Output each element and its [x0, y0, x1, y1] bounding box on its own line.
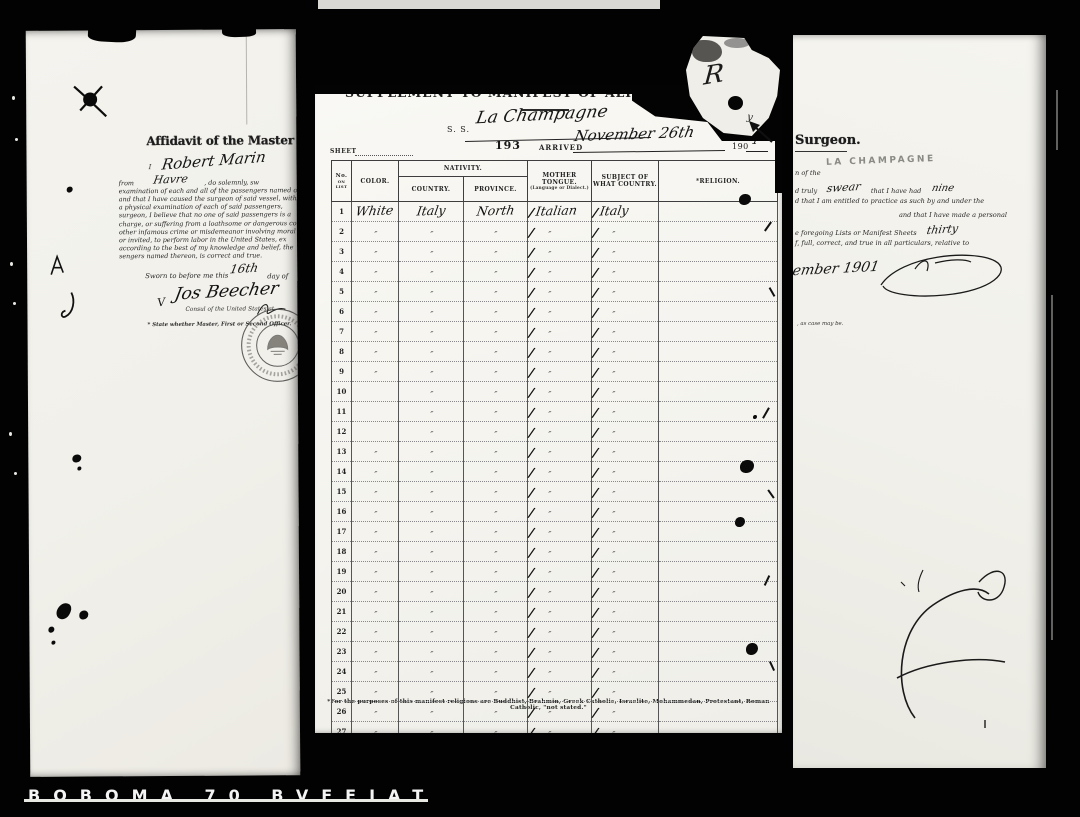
cell-value: ″: [547, 330, 552, 339]
cell-value: ″: [547, 490, 552, 499]
province-cell: ″: [464, 362, 528, 382]
cell-value: ″: [429, 590, 434, 599]
cell-value: ″: [373, 670, 378, 679]
subject-cell: /″: [592, 642, 659, 662]
manifest-table: No.ON LIST COLOR. NATIVITY. MOTHER TONGU…: [331, 160, 778, 733]
table-row: 25″″″/″/″: [332, 682, 778, 702]
cell-value: ″: [429, 290, 434, 299]
country-cell: ″: [399, 462, 464, 482]
cell-value: ″: [611, 730, 616, 733]
country-cell: ″: [399, 382, 464, 402]
cell-value: ″: [373, 270, 378, 279]
check-slash-mark: /: [528, 666, 535, 682]
table-row: 26″″″/″/″: [332, 702, 778, 722]
film-speck: [14, 472, 17, 475]
color-cell: ″: [352, 662, 399, 682]
check-slash-mark: /: [528, 646, 535, 662]
religion-cell: [659, 422, 778, 442]
cell-value: ″: [493, 610, 498, 619]
cell-value: ″: [493, 710, 498, 719]
cell-value: ″: [493, 430, 498, 439]
cell-value: ″: [547, 610, 552, 619]
table-row: 17″″″/″/″: [332, 522, 778, 542]
cell-value: ″: [429, 450, 434, 459]
consular-seal-stamp: [237, 305, 300, 385]
province-cell: ″: [464, 402, 528, 422]
check-slash-mark: /: [592, 366, 599, 382]
ink-x-mark: [68, 82, 112, 122]
table-row: 24″″″/″/″: [332, 662, 778, 682]
subject-cell: /″: [592, 462, 659, 482]
country-cell: ″: [399, 362, 464, 382]
date-handwriting: ember 1901: [793, 259, 880, 279]
ink-blot: [54, 601, 73, 622]
religion-cell: [659, 362, 778, 382]
row-number: 22: [332, 622, 352, 642]
surgeon-line: d truly swear that I have had nine: [795, 183, 954, 196]
mother-tongue-cell: /″: [528, 562, 592, 582]
cell-value: ″: [429, 270, 434, 279]
cell-value: ″: [373, 230, 378, 239]
cell-value: ″: [547, 270, 552, 279]
arrival-date-handwriting: November 26th: [573, 123, 696, 145]
table-row: 1WhiteItalyNorth/Italian/Italy: [332, 202, 778, 222]
cell-value: ″: [611, 710, 616, 719]
row-number: 6: [332, 302, 352, 322]
col-header-religion: *RELIGION.: [659, 161, 778, 202]
cell-value: ″: [611, 650, 616, 659]
col-header-nativity: NATIVITY.: [399, 161, 528, 177]
check-slash-mark: /: [528, 726, 535, 733]
arrow-mark: [746, 118, 776, 144]
cell-value: ″: [547, 230, 552, 239]
province-cell: ″: [464, 642, 528, 662]
religion-cell: [659, 462, 778, 482]
mother-tongue-cell: /″: [528, 282, 592, 302]
from-label: from: [119, 179, 134, 187]
cell-value: ″: [611, 530, 616, 539]
check-slash-mark: /: [528, 326, 535, 342]
cell-value: ″: [373, 330, 378, 339]
cell-value: ″: [373, 290, 378, 299]
sworn-day-handwriting: 16th: [229, 261, 260, 277]
subject-cell: /″: [592, 542, 659, 562]
left-doc-title: Affidavit of the Master or Comm: [146, 133, 296, 148]
sheet-label: SHEET: [330, 148, 357, 155]
subject-cell: /″: [592, 522, 659, 542]
cell-value: ″: [373, 250, 378, 259]
color-cell: ″: [352, 702, 399, 722]
col-header-country: COUNTRY.: [399, 177, 464, 202]
country-cell: ″: [399, 282, 464, 302]
cell-value: ″: [493, 670, 498, 679]
cell-value: ″: [547, 390, 552, 399]
smudge: [724, 38, 750, 48]
country-cell: ″: [399, 542, 464, 562]
check-slash-mark: /: [528, 286, 535, 302]
table-row: 14″″″/″/″: [332, 462, 778, 482]
religion-cell: [659, 622, 778, 642]
mother-tongue-cell: /″: [528, 302, 592, 322]
cell-value: North: [475, 202, 515, 218]
religion-cell: [659, 222, 778, 242]
subject-cell: /″: [592, 262, 659, 282]
cell-value: ″: [611, 470, 616, 479]
cell-value: ″: [493, 590, 498, 599]
color-cell: ″: [352, 442, 399, 462]
film-speck: [9, 432, 12, 436]
religion-cell: [659, 702, 778, 722]
country-cell: ″: [399, 562, 464, 582]
cell-value: ″: [547, 690, 552, 699]
cell-value: ″: [547, 290, 552, 299]
religion-cell: [659, 542, 778, 562]
province-cell: ″: [464, 442, 528, 462]
religion-cell: [659, 642, 778, 662]
check-slash-mark: /: [592, 446, 599, 462]
province-cell: North: [464, 202, 528, 222]
row-number: 23: [332, 642, 352, 662]
pen-mark: V: [157, 296, 166, 310]
sheet-number-stamp: 193: [495, 139, 521, 152]
check-slash-mark: /: [528, 526, 535, 542]
cell-value: White: [355, 202, 395, 218]
mother-tongue-cell: /″: [528, 542, 592, 562]
check-slash-mark: /: [528, 546, 535, 562]
check-slash-mark: /: [592, 286, 599, 302]
cell-value: ″: [429, 570, 434, 579]
ss-label: S. S.: [447, 125, 470, 134]
subject-cell: /″: [592, 422, 659, 442]
right-document: Surgeon. LA CHAMPAGNE n of the d truly s…: [793, 35, 1046, 768]
table-row: 12″″/″/″: [332, 422, 778, 442]
cell-value: ″: [611, 370, 616, 379]
cell-value: ″: [373, 450, 378, 459]
cell-value: ″: [493, 470, 498, 479]
cell-value: ″: [547, 630, 552, 639]
color-cell: [352, 382, 399, 402]
color-cell: ″: [352, 682, 399, 702]
province-cell: ″: [464, 322, 528, 342]
cell-value: ″: [373, 350, 378, 359]
cell-value: ″: [373, 570, 378, 579]
handwriting: swear: [826, 180, 862, 195]
country-cell: ″: [399, 642, 464, 662]
cell-value: ″: [373, 530, 378, 539]
cell-value: ″: [429, 390, 434, 399]
col-header-subject: SUBJECT OF WHAT COUNTRY.: [592, 161, 659, 202]
film-speck: [15, 138, 18, 141]
ink-blot: [51, 641, 55, 645]
line-fragment: that I have had: [871, 187, 922, 195]
province-cell: ″: [464, 622, 528, 642]
check-slash-mark: /: [528, 306, 535, 322]
mother-tongue-cell: /″: [528, 682, 592, 702]
subject-cell: /″: [592, 322, 659, 342]
table-row: 5″″″/″/″: [332, 282, 778, 302]
province-cell: ″: [464, 222, 528, 242]
cell-value: ″: [493, 530, 498, 539]
cell-value: ″: [493, 490, 498, 499]
check-slash-mark: /: [528, 606, 535, 622]
mother-tongue-cell: /″: [528, 602, 592, 622]
cell-value: ″: [547, 590, 552, 599]
row-number: 12: [332, 422, 352, 442]
cell-value: ″: [611, 610, 616, 619]
subject-cell: /″: [592, 222, 659, 242]
province-cell: ″: [464, 302, 528, 322]
film-edge-line: [24, 799, 428, 802]
country-cell: ″: [399, 522, 464, 542]
cell-value: ″: [611, 230, 616, 239]
check-slash-mark: /: [592, 246, 599, 262]
table-row: 7″″″/″/″: [332, 322, 778, 342]
subject-cell: /″: [592, 622, 659, 642]
torn-edge: [775, 85, 782, 193]
cell-value: ″: [429, 370, 434, 379]
paper-crease: [246, 29, 248, 124]
check-slash-mark: /: [528, 226, 535, 242]
cell-value: ″: [429, 510, 434, 519]
country-cell: ″: [399, 222, 464, 242]
province-cell: ″: [464, 282, 528, 302]
left-document: Affidavit of the Master or Comm I Robert…: [26, 29, 301, 777]
color-cell: ″: [352, 542, 399, 562]
color-cell: White: [352, 202, 399, 222]
check-slash-mark: /: [592, 686, 599, 702]
country-cell: ″: [399, 662, 464, 682]
check-slash-mark: /: [592, 726, 599, 733]
cell-value: ″: [493, 310, 498, 319]
port-handwriting: Havre: [153, 174, 190, 186]
row-number: 1: [332, 202, 352, 222]
mother-tongue-cell: /″: [528, 262, 592, 282]
line-fragment: d truly: [795, 187, 817, 195]
row-number: 24: [332, 662, 352, 682]
religion-cell: [659, 722, 778, 734]
film-scratch: [1051, 295, 1053, 640]
col-header-province: PROVINCE.: [464, 177, 528, 202]
province-cell: ″: [464, 722, 528, 734]
province-cell: ″: [464, 382, 528, 402]
row-number: 17: [332, 522, 352, 542]
country-cell: ″: [399, 682, 464, 702]
torn-edge: [222, 24, 256, 37]
mother-tongue-cell: /″: [528, 642, 592, 662]
check-slash-mark: /: [528, 406, 535, 422]
cell-value: ″: [611, 430, 616, 439]
cell-value: ″: [429, 310, 434, 319]
religion-cell: [659, 402, 778, 422]
table-row: 15″″″/″/″: [332, 482, 778, 502]
province-cell: ″: [464, 562, 528, 582]
check-slash-mark: /: [592, 386, 599, 402]
table-row: 2″″″/″/″: [332, 222, 778, 242]
cell-value: ″: [547, 370, 552, 379]
color-cell: ″: [352, 342, 399, 362]
cell-value: ″: [429, 630, 434, 639]
country-cell: ″: [399, 622, 464, 642]
film-speck: [13, 302, 16, 305]
pen-scribble: [57, 291, 79, 321]
check-slash-mark: /: [592, 346, 599, 362]
check-slash-mark: /: [528, 346, 535, 362]
subject-cell: /Italy: [592, 202, 659, 222]
cell-value: ″: [611, 390, 616, 399]
cell-value: ″: [493, 330, 498, 339]
signature-flourish: [873, 247, 1018, 307]
cell-value: ″: [493, 510, 498, 519]
mother-tongue-cell: /″: [528, 722, 592, 734]
cell-value: ″: [547, 470, 552, 479]
cell-value: ″: [611, 330, 616, 339]
mother-tongue-cell: /″: [528, 382, 592, 402]
country-cell: Italy: [399, 202, 464, 222]
cell-value: ″: [547, 710, 552, 719]
check-slash-mark: /: [528, 566, 535, 582]
check-slash-mark: /: [592, 666, 599, 682]
film-speck: [12, 96, 15, 100]
row-number: 16: [332, 502, 352, 522]
handwriting: nine: [930, 183, 955, 194]
surgeon-line: n of the: [795, 169, 821, 177]
cell-value: ″: [493, 390, 498, 399]
table-row: 4″″″/″/″: [332, 262, 778, 282]
row-number: 13: [332, 442, 352, 462]
cell-value: ″: [429, 550, 434, 559]
cell-value: ″: [493, 450, 498, 459]
check-slash-mark: /: [592, 266, 599, 282]
color-cell: [352, 422, 399, 442]
cell-value: ″: [493, 370, 498, 379]
color-cell: ″: [352, 322, 399, 342]
subject-cell: /″: [592, 562, 659, 582]
subject-cell: /″: [592, 702, 659, 722]
cell-value: ″: [429, 690, 434, 699]
microfilm-scan: Affidavit of the Master or Comm I Robert…: [0, 0, 1080, 817]
table-row: 19″″″/″/″: [332, 562, 778, 582]
check-slash-mark: /: [528, 486, 535, 502]
check-slash-mark: /: [592, 586, 599, 602]
color-cell: ″: [352, 242, 399, 262]
cell-value: Italy: [415, 203, 446, 219]
cell-value: ″: [547, 350, 552, 359]
table-row: 27″″″/″/″: [332, 722, 778, 734]
cell-value: ″: [429, 350, 434, 359]
row-number: 7: [332, 322, 352, 342]
table-row: 3″″″/″/″: [332, 242, 778, 262]
cell-value: ″: [611, 510, 616, 519]
mother-tongue-cell: /Italian: [528, 202, 592, 222]
col-header-mother-tongue: MOTHER TONGUE.(Language or Dialect.): [528, 161, 592, 202]
pen-scrawl: [883, 560, 1023, 735]
subject-cell: /″: [592, 682, 659, 702]
subject-cell: /″: [592, 402, 659, 422]
province-cell: ″: [464, 242, 528, 262]
cell-value: ″: [373, 650, 378, 659]
subject-cell: /″: [592, 602, 659, 622]
table-row: 21″″″/″/″: [332, 602, 778, 622]
cell-value: ″: [429, 730, 434, 733]
table-row: 8″″″/″/″: [332, 342, 778, 362]
line-fragment: e foregoing Lists or Manifest Sheets: [795, 229, 917, 237]
film-scratch: [1056, 90, 1058, 150]
cell-value: ″: [611, 270, 616, 279]
country-cell: ″: [399, 702, 464, 722]
color-cell: ″: [352, 262, 399, 282]
check-slash-mark: /: [592, 466, 599, 482]
table-row: 9″″″/″/″: [332, 362, 778, 382]
row-number: 11: [332, 402, 352, 422]
row-number: 20: [332, 582, 352, 602]
cell-value: ″: [373, 590, 378, 599]
col-header-color: COLOR.: [352, 161, 399, 202]
check-slash-mark: /: [592, 706, 599, 722]
cell-value: ″: [493, 570, 498, 579]
cell-value: ″: [373, 310, 378, 319]
religion-cell: [659, 302, 778, 322]
ink-blot: [77, 466, 81, 470]
check-slash-mark: /: [528, 466, 535, 482]
cell-value: ″: [493, 270, 498, 279]
color-cell: ″: [352, 522, 399, 542]
check-slash-mark: /: [592, 646, 599, 662]
religion-cell: [659, 342, 778, 362]
table-row: 10″″/″/″: [332, 382, 778, 402]
color-cell: ″: [352, 602, 399, 622]
row-number: 4: [332, 262, 352, 282]
color-cell: ″: [352, 582, 399, 602]
country-cell: ″: [399, 302, 464, 322]
color-cell: ″: [352, 222, 399, 242]
cell-value: ″: [373, 510, 378, 519]
subject-cell: /″: [592, 342, 659, 362]
subject-cell: /″: [592, 502, 659, 522]
handwritten-r-note: R: [703, 59, 725, 92]
province-cell: ″: [464, 262, 528, 282]
country-cell: ″: [399, 582, 464, 602]
religion-cell: [659, 482, 778, 502]
pen-scribble: [47, 253, 67, 279]
color-cell: [352, 402, 399, 422]
cell-value: ″: [429, 430, 434, 439]
country-cell: ″: [399, 242, 464, 262]
table-row: 6″″″/″/″: [332, 302, 778, 322]
col-header-no: No.ON LIST: [332, 161, 352, 202]
ink-blot: [48, 627, 54, 633]
cell-value: ″: [373, 470, 378, 479]
right-doc-note: , as case may be.: [797, 321, 843, 327]
row-number: 21: [332, 602, 352, 622]
cell-value: ″: [493, 630, 498, 639]
cell-value: ″: [611, 350, 616, 359]
cell-value: ″: [547, 550, 552, 559]
row-number: 2: [332, 222, 352, 242]
row-number: 10: [332, 382, 352, 402]
cell-value: ″: [429, 250, 434, 259]
cell-value: ″: [373, 710, 378, 719]
country-cell: ″: [399, 422, 464, 442]
ship-name-stamp: LA CHAMPAGNE: [826, 154, 936, 168]
religion-cell: [659, 522, 778, 542]
table-row: 20″″″/″/″: [332, 582, 778, 602]
province-cell: ″: [464, 682, 528, 702]
mother-tongue-cell: /″: [528, 662, 592, 682]
cell-value: ″: [429, 530, 434, 539]
cell-value: ″: [429, 230, 434, 239]
cell-value: ″: [547, 670, 552, 679]
cell-value: ″: [547, 410, 552, 419]
